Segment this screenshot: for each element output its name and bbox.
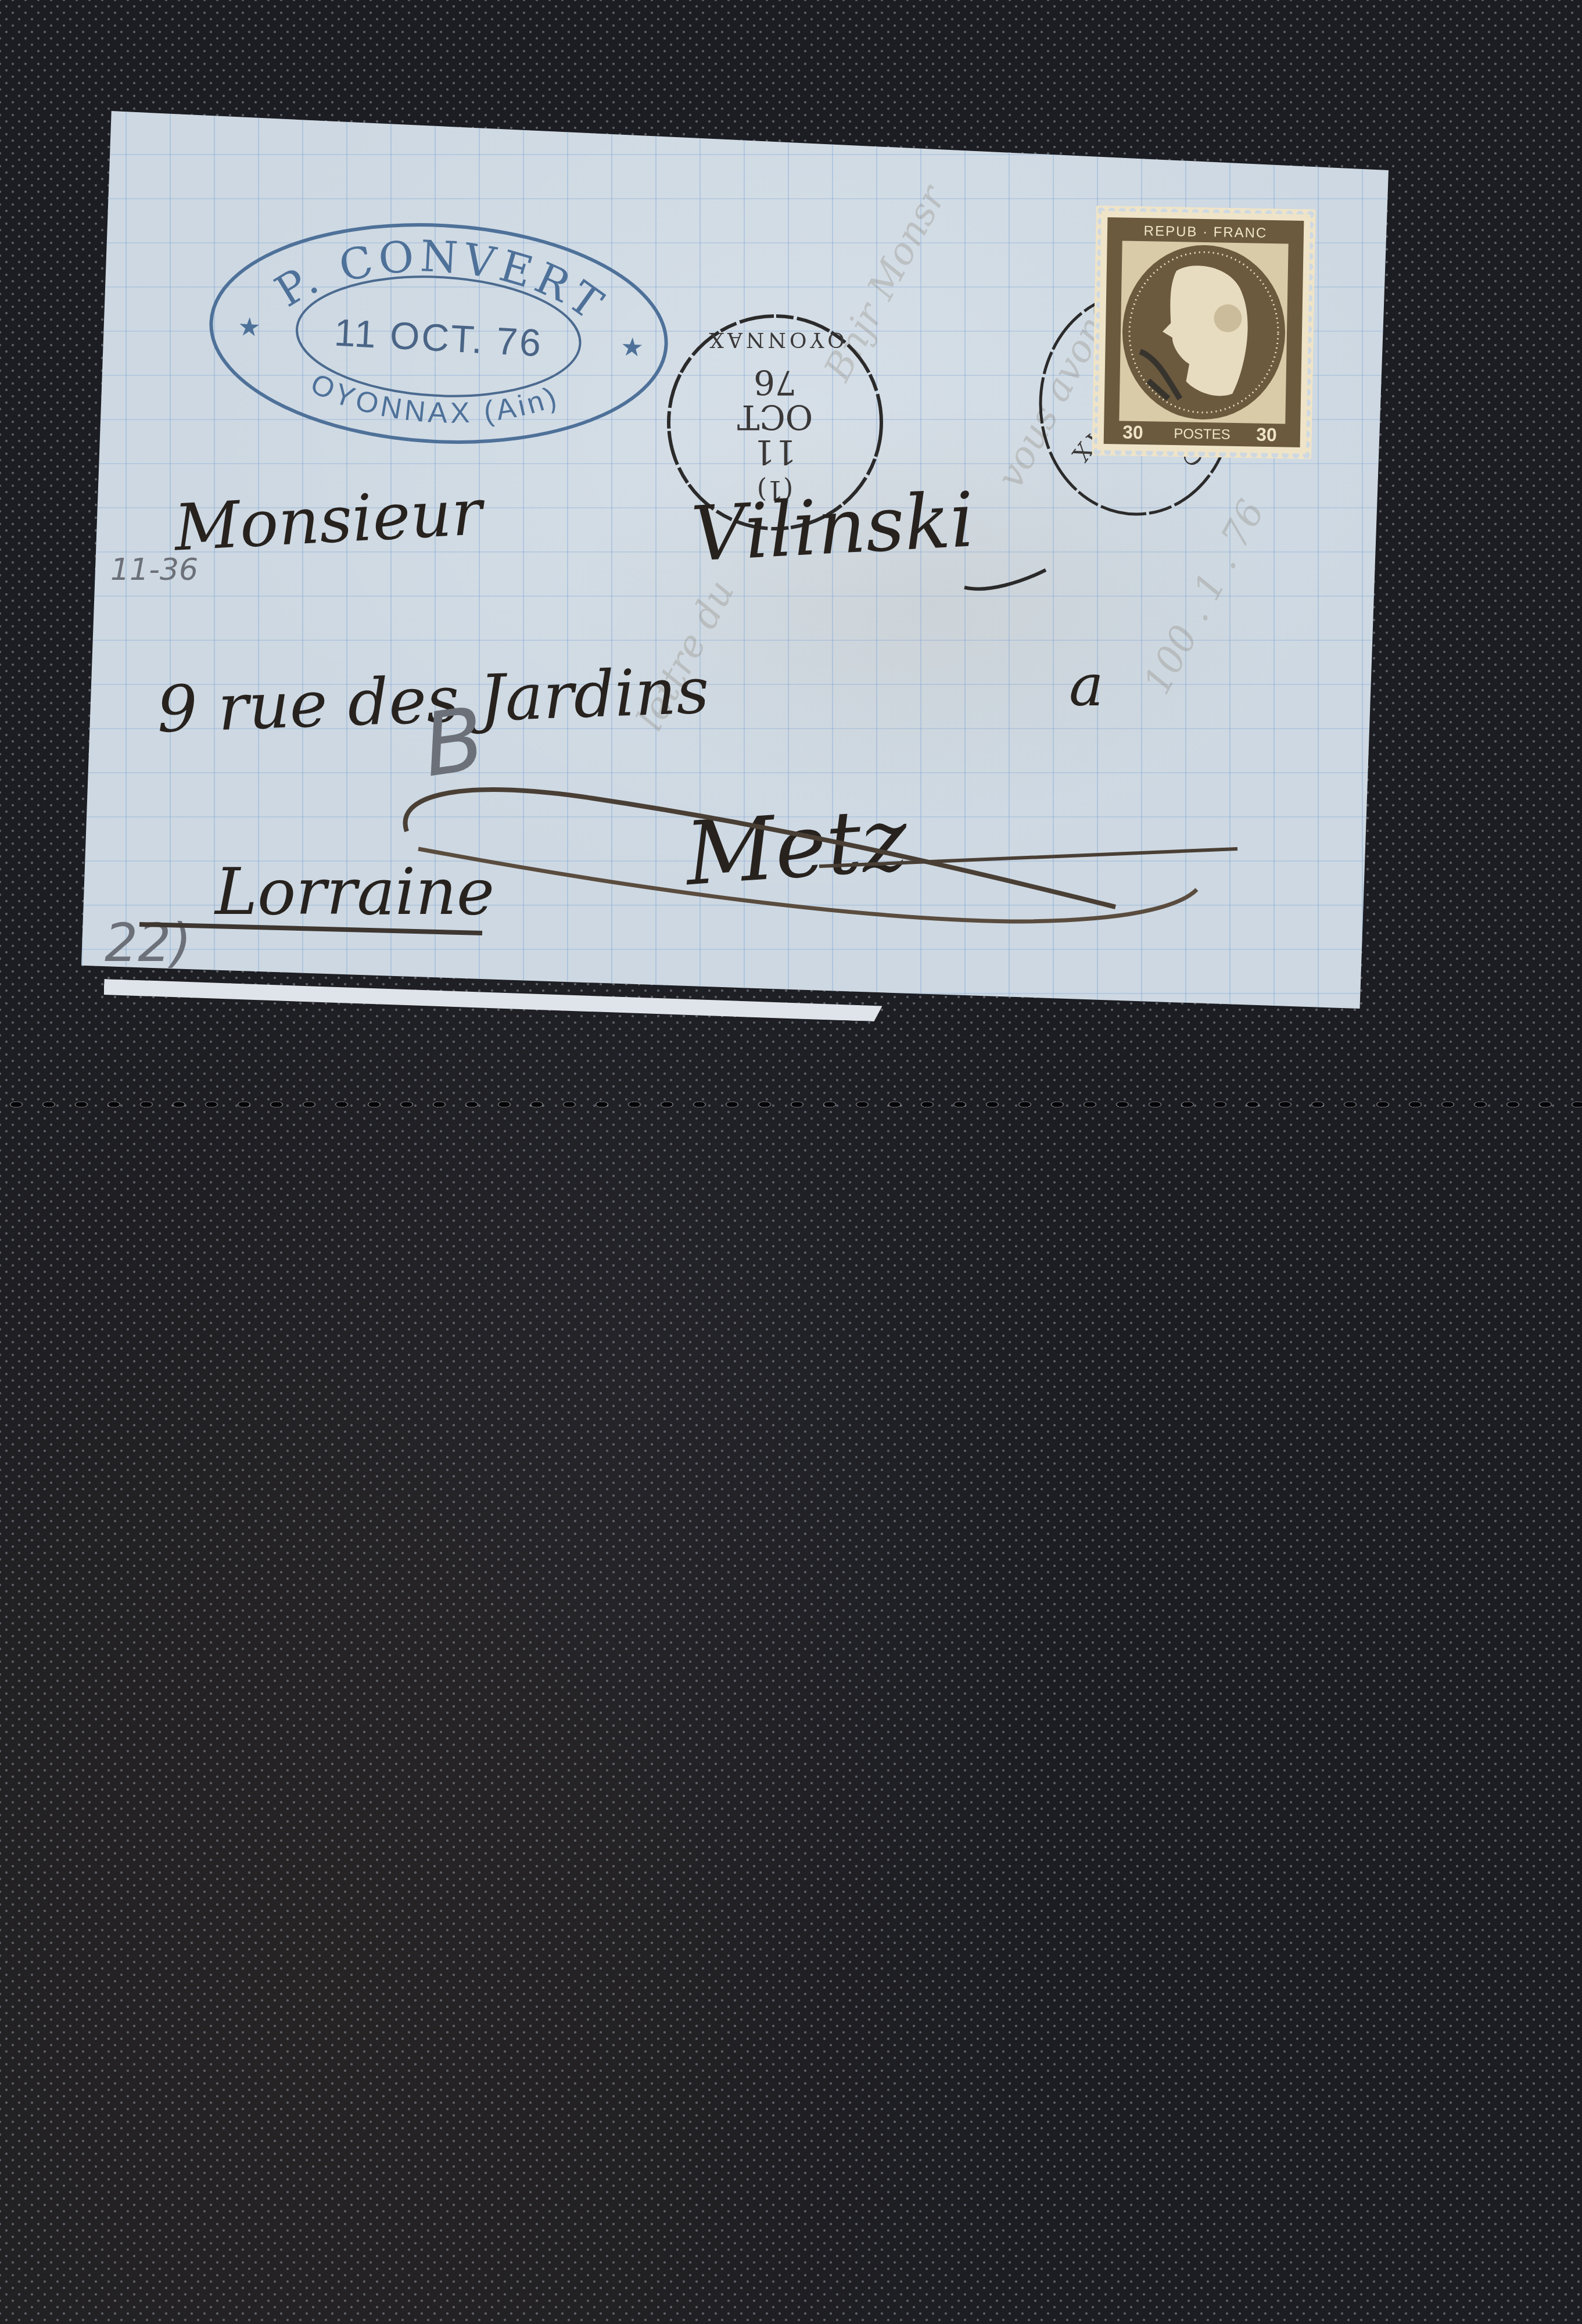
- album-page-separator: [0, 1100, 1582, 1109]
- folded-letter-cover: Bnjr Monsr vous avons 100 . 1 . 76 lettr…: [81, 111, 1389, 1009]
- ink-flourishes: [81, 111, 1389, 1009]
